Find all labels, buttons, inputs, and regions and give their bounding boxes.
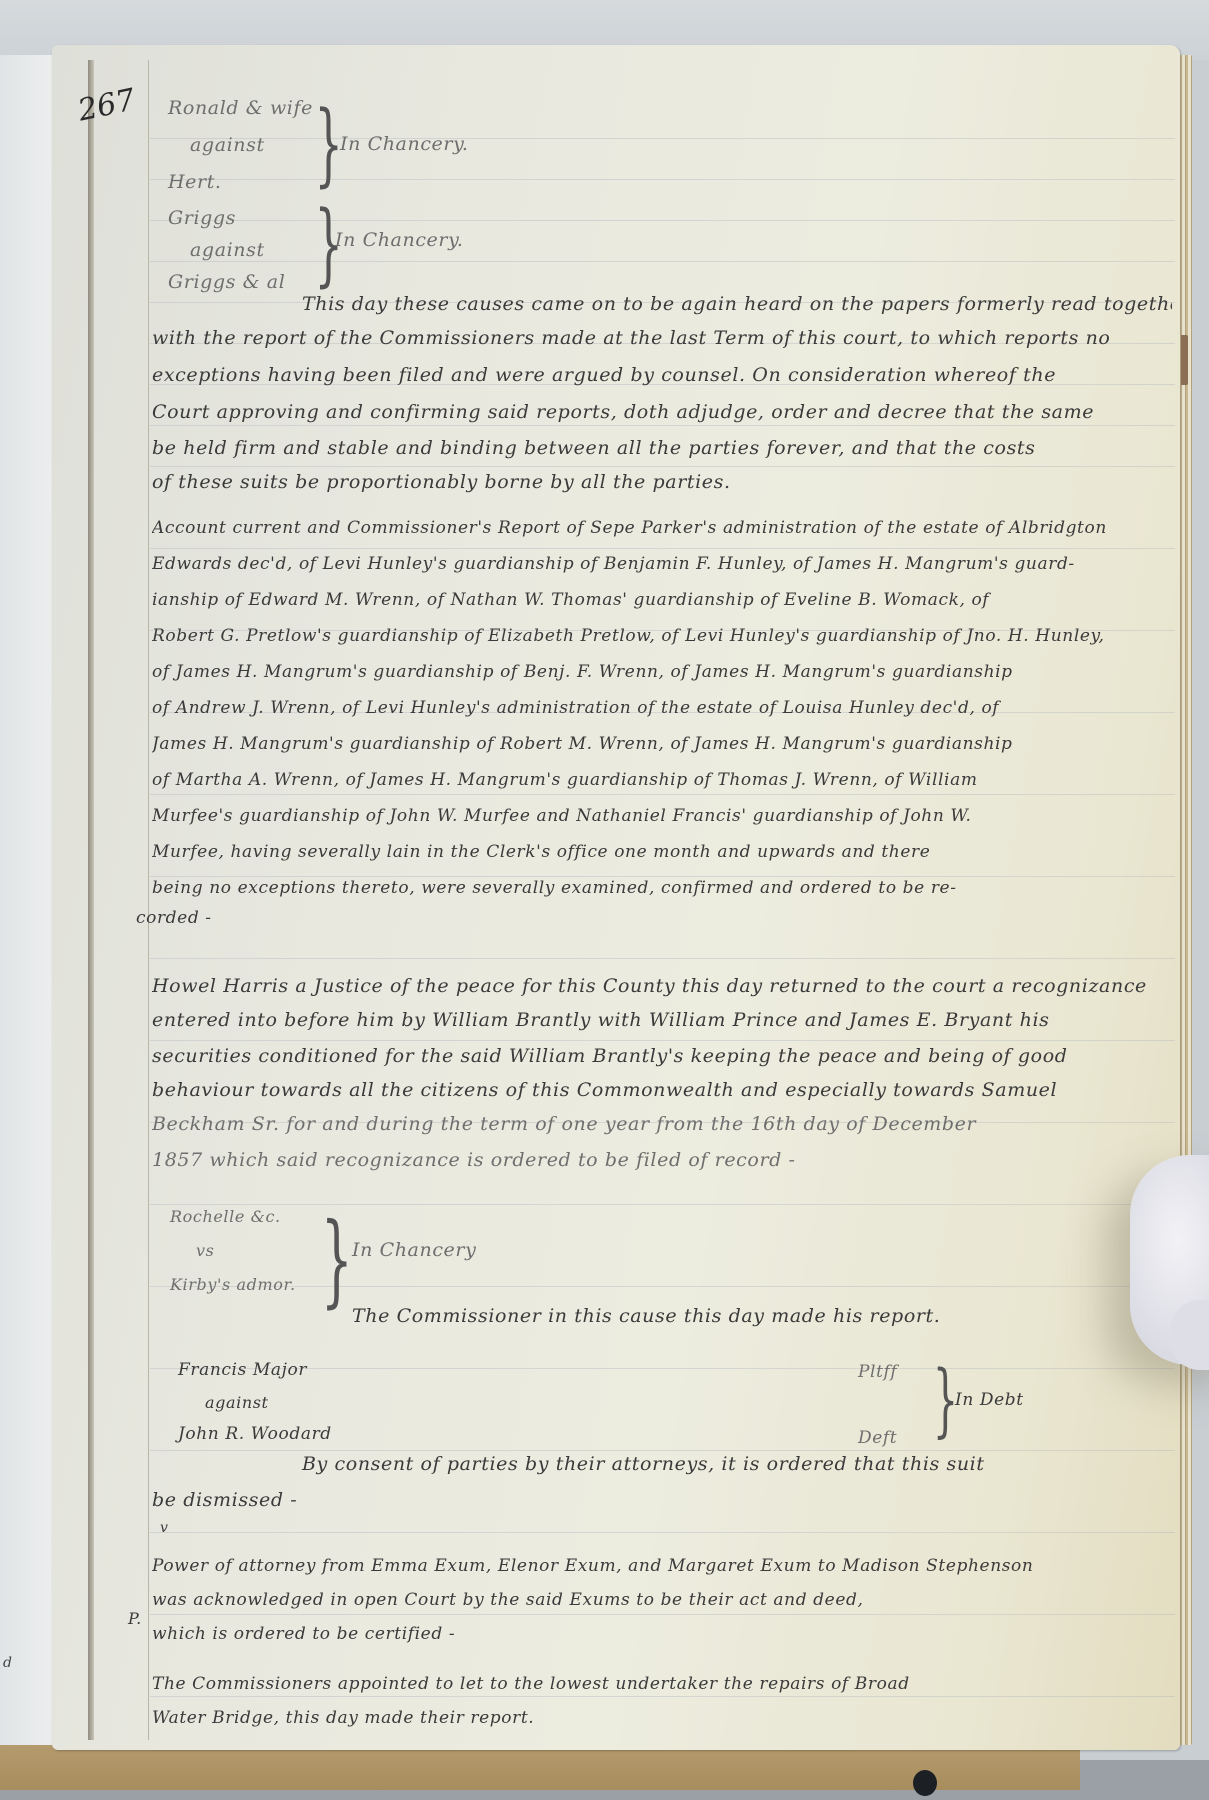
text-line: with the report of the Commissioners mad… bbox=[152, 318, 1172, 359]
ruled-line bbox=[150, 1204, 1175, 1205]
ruled-line bbox=[150, 138, 1175, 139]
case-court: In Debt bbox=[955, 1380, 1024, 1421]
text-line: Court approving and confirming said repo… bbox=[152, 392, 1172, 433]
right-margin-rule bbox=[1180, 60, 1181, 1740]
text-line: 1857 which said recognizance is ordered … bbox=[152, 1140, 1172, 1181]
brace-icon: } bbox=[314, 100, 343, 190]
left-page-mark: d bbox=[3, 1655, 12, 1671]
text-line: Robert G. Pretlow's guardianship of Eliz… bbox=[152, 616, 1172, 657]
text-line: ianship of Edward M. Wrenn, of Nathan W.… bbox=[152, 580, 1172, 621]
text-line: Murfee's guardianship of John W. Murfee … bbox=[152, 796, 1172, 837]
margin-mark: v bbox=[160, 1508, 169, 1549]
text-line: of Martha A. Wrenn, of James H. Mangrum'… bbox=[152, 760, 1172, 801]
text-line: of James H. Mangrum's guardianship of Be… bbox=[152, 652, 1172, 693]
text-line: Beckham Sr. for and during the term of o… bbox=[152, 1104, 1172, 1145]
text-line: entered into before him by William Brant… bbox=[152, 1000, 1172, 1041]
case-defendant: Hert. bbox=[168, 162, 222, 203]
ruled-line bbox=[150, 1532, 1175, 1533]
ruled-line bbox=[150, 261, 1175, 262]
ruled-line bbox=[150, 1286, 1175, 1287]
case-plaintiff: Ronald & wife bbox=[168, 88, 313, 129]
text-line: of Andrew J. Wrenn, of Levi Hunley's adm… bbox=[152, 688, 1172, 729]
case-versus: against bbox=[190, 125, 265, 166]
case-plaintiff: Rochelle &c. bbox=[170, 1196, 281, 1237]
margin-note: P. bbox=[128, 1598, 142, 1639]
case-court: In Chancery. bbox=[340, 124, 469, 165]
gutter-shadow bbox=[88, 60, 94, 1740]
ruled-line bbox=[150, 179, 1175, 180]
text-line: The Commissioner in this cause this day … bbox=[352, 1296, 940, 1337]
case-court: In Chancery. bbox=[335, 220, 464, 261]
text-line: being no exceptions thereto, were severa… bbox=[152, 868, 1172, 909]
case-defendant: Kirby's admor. bbox=[170, 1264, 296, 1305]
text-line: be dismissed - bbox=[152, 1480, 1172, 1521]
text-line: Murfee, having severally lain in the Cle… bbox=[152, 832, 1172, 873]
plaintiff-role: Pltff bbox=[858, 1352, 897, 1393]
page-tab bbox=[1180, 335, 1188, 385]
brace-icon: } bbox=[321, 1210, 353, 1310]
text-line: of these suits be proportionably borne b… bbox=[152, 462, 1172, 503]
text-line: exceptions having been filed and were ar… bbox=[152, 355, 1172, 396]
ruled-line bbox=[150, 958, 1175, 959]
text-line: Water Bridge, this day made their report… bbox=[152, 1698, 1172, 1739]
text-line: Edwards dec'd, of Levi Hunley's guardian… bbox=[152, 544, 1172, 585]
text-line: corded - bbox=[136, 898, 212, 939]
text-line: James H. Mangrum's guardianship of Rober… bbox=[152, 724, 1172, 765]
text-line: which is ordered to be certified - bbox=[152, 1614, 1172, 1655]
board-screw bbox=[913, 1770, 937, 1796]
case-court: In Chancery bbox=[352, 1230, 476, 1271]
text-line: Account current and Commissioner's Repor… bbox=[152, 508, 1172, 549]
ruled-line bbox=[150, 220, 1175, 221]
text-line: By consent of parties by their attorneys… bbox=[152, 1444, 1172, 1485]
